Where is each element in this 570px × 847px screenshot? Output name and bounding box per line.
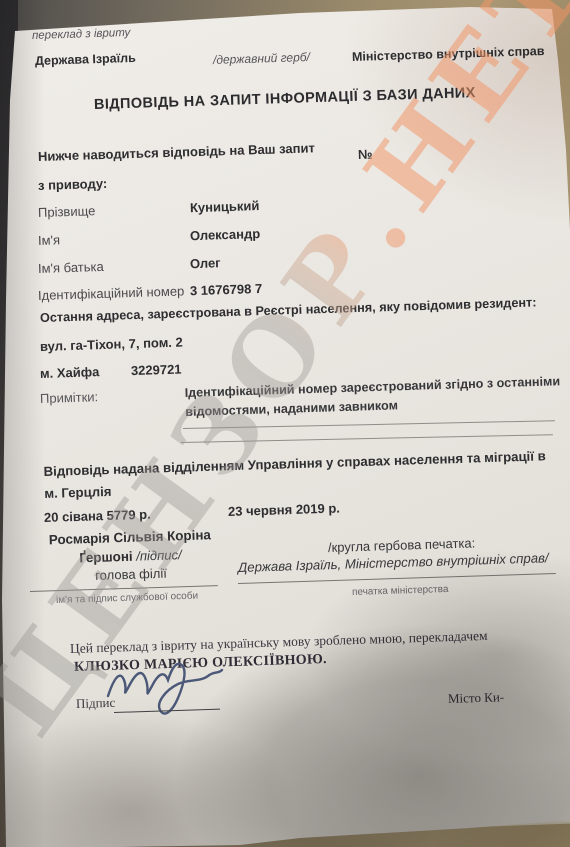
- stamp-line: [238, 573, 556, 584]
- photo-frame: переклад з івриту Держава Ізраїль /держа…: [0, 0, 570, 847]
- address-city: м. Хайфа: [40, 364, 100, 381]
- stamp-caption: печатка міністерства: [352, 584, 449, 598]
- address-city-row: м. Хайфа 3229721: [40, 362, 182, 381]
- signature-label: Підпис: [76, 695, 116, 712]
- official-signature-note: /підпис/: [136, 547, 182, 563]
- issuer-statement: Відповідь надана відділенням Управління …: [43, 445, 562, 506]
- notes-line-1: [183, 420, 555, 429]
- stamp-note-line2: Держава Ізраїль, Міністерство внутрішніх…: [238, 550, 549, 575]
- field-label: Прізвище: [38, 200, 190, 220]
- stamp-note-line1: /кругла гербова печатка:: [328, 535, 476, 555]
- official-caption: ім'я та підпис службової особи: [56, 591, 198, 606]
- date-hebrew: 20 сівана 5779 р.: [44, 507, 151, 525]
- issuer-line2: м. Герцлія: [44, 484, 112, 501]
- translator-signature: [102, 650, 232, 718]
- official-name-line2: Ґершоні: [79, 548, 133, 565]
- official-name-line1: Росмарія Сільвія Коріна: [49, 527, 211, 547]
- field-label: Ідентифікаційний номер: [38, 283, 190, 303]
- field-label: Ім'я: [38, 228, 190, 248]
- intro-line: Нижче наводиться відповідь на Ваш запит: [38, 140, 315, 164]
- translation-note: переклад з івриту: [32, 27, 131, 42]
- header-state: Держава Ізраїль: [35, 51, 136, 68]
- field-row-name: Ім'я Олександр: [38, 226, 261, 248]
- notes-label: Примітки:: [40, 389, 99, 406]
- field-value: Олег: [190, 255, 221, 271]
- document-content: переклад з івриту Держава Ізраїль /держа…: [0, 0, 570, 847]
- issuer-line1: Відповідь надана відділенням Управління …: [43, 448, 546, 479]
- document-title: ВІДПОВІДЬ НА ЗАПИТ ІНФОРМАЦІЇ З БАЗИ ДАН…: [0, 82, 570, 116]
- request-number-sign: №: [358, 147, 373, 162]
- field-row-father-name: Ім'я батька Олег: [38, 255, 221, 276]
- notes-line-2: [181, 434, 553, 443]
- notes-text: Ідентифікаційний номер зареєстрований зг…: [184, 372, 565, 422]
- official-position: голова філії: [95, 566, 167, 583]
- address-street: вул. га-Тіхон, 7, пом. 2: [40, 335, 183, 354]
- intro-regarding: з приводу:: [38, 176, 108, 193]
- field-row-surname: Прізвище Куницький: [38, 198, 260, 220]
- address-zip: 3229721: [131, 362, 182, 379]
- city-note: Місто Ки-: [448, 689, 505, 707]
- header-emblem-note: /державний герб/: [213, 50, 310, 67]
- header-ministry: Міністерство внутрішніх справ: [352, 44, 545, 64]
- date-gregorian: 23 червня 2019 р.: [228, 500, 340, 519]
- field-value: Куницький: [190, 198, 260, 215]
- field-value: 3 1676798 7: [190, 281, 263, 298]
- official-block: Росмарія Сільвія Коріна Ґершоні /підпис/…: [27, 526, 234, 587]
- field-row-id-number: Ідентифікаційний номер 3 1676798 7: [38, 281, 263, 303]
- field-label: Ім'я батька: [38, 256, 190, 276]
- field-value: Олександр: [190, 226, 261, 243]
